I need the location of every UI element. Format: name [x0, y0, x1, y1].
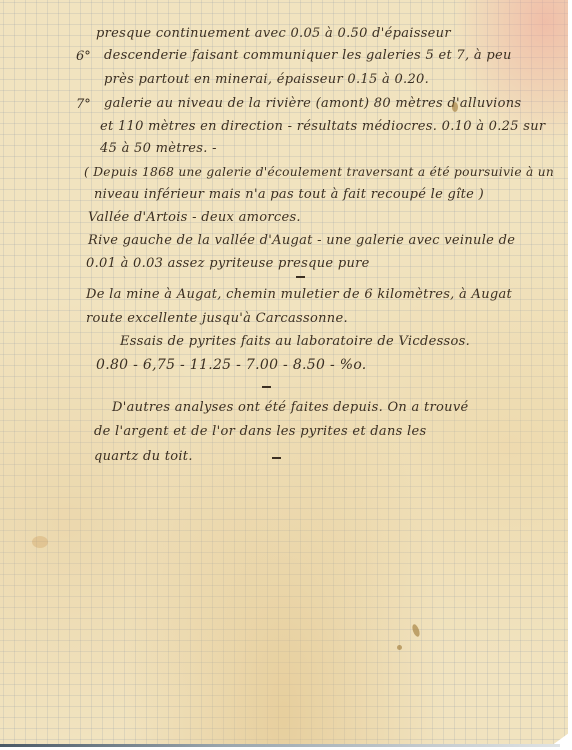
ink-stain: [411, 623, 421, 637]
text-line: près partout en minerai, épaisseur 0.15 …: [104, 73, 429, 86]
text-line: ( Depuis 1868 une galerie d'écoulement t…: [84, 166, 554, 178]
document-page: presque continuement avec 0.05 à 0.50 d'…: [0, 0, 568, 744]
text-line: 0.80 - 6,75 - 11.25 - 7.00 - 8.50 - %o.: [96, 358, 367, 372]
separator-dash: [262, 386, 271, 388]
text-line: descenderie faisant communiquer les gale…: [104, 49, 512, 62]
text-line: de l'argent et de l'or dans les pyrites …: [94, 425, 426, 438]
text-line: presque continuement avec 0.05 à 0.50 d'…: [96, 27, 451, 40]
separator-dash: [296, 276, 305, 278]
text-line: galerie au niveau de la rivière (amont) …: [104, 97, 521, 110]
text-line: quartz du toit.: [94, 450, 193, 463]
text-line: Essais de pyrites faits au laboratoire d…: [120, 335, 470, 348]
text-line: Rive gauche de la vallée d'Augat - une g…: [88, 234, 515, 247]
text-line: 0.01 à 0.03 assez pyriteuse presque pure: [86, 257, 370, 270]
ink-stain: [32, 536, 48, 548]
text-line: D'autres analyses ont été faites depuis.…: [112, 401, 468, 414]
text-line: Vallée d'Artois - deux amorces.: [88, 211, 301, 224]
text-line: 45 à 50 mètres. -: [100, 142, 217, 155]
ink-stain: [452, 102, 458, 112]
ink-stain: [397, 645, 402, 650]
text-line: route excellente jusqu'à Carcassonne.: [86, 312, 348, 325]
separator-dash: [272, 457, 281, 459]
text-line: et 110 mètres en direction - résultats m…: [100, 120, 545, 133]
text-line: niveau inférieur mais n'a pas tout à fai…: [94, 188, 484, 201]
item-number: 7°: [76, 97, 91, 112]
scan-edge: [0, 744, 560, 747]
item-number: 6°: [76, 49, 91, 64]
text-line: De la mine à Augat, chemin muletier de 6…: [86, 288, 512, 301]
